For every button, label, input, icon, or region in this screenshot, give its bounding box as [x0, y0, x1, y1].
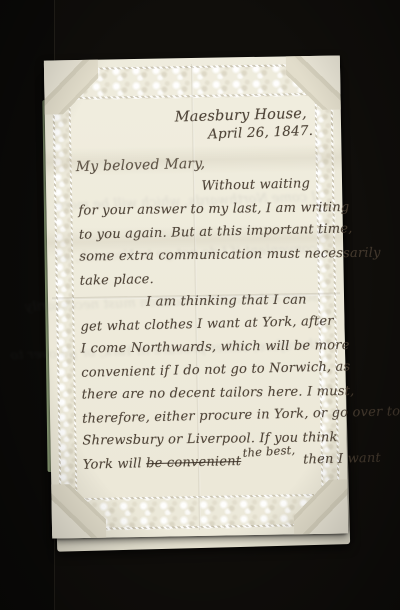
photograph-of-letter: I come Northwards, which will be more co… [0, 0, 400, 610]
photo-vignette [0, 0, 400, 610]
